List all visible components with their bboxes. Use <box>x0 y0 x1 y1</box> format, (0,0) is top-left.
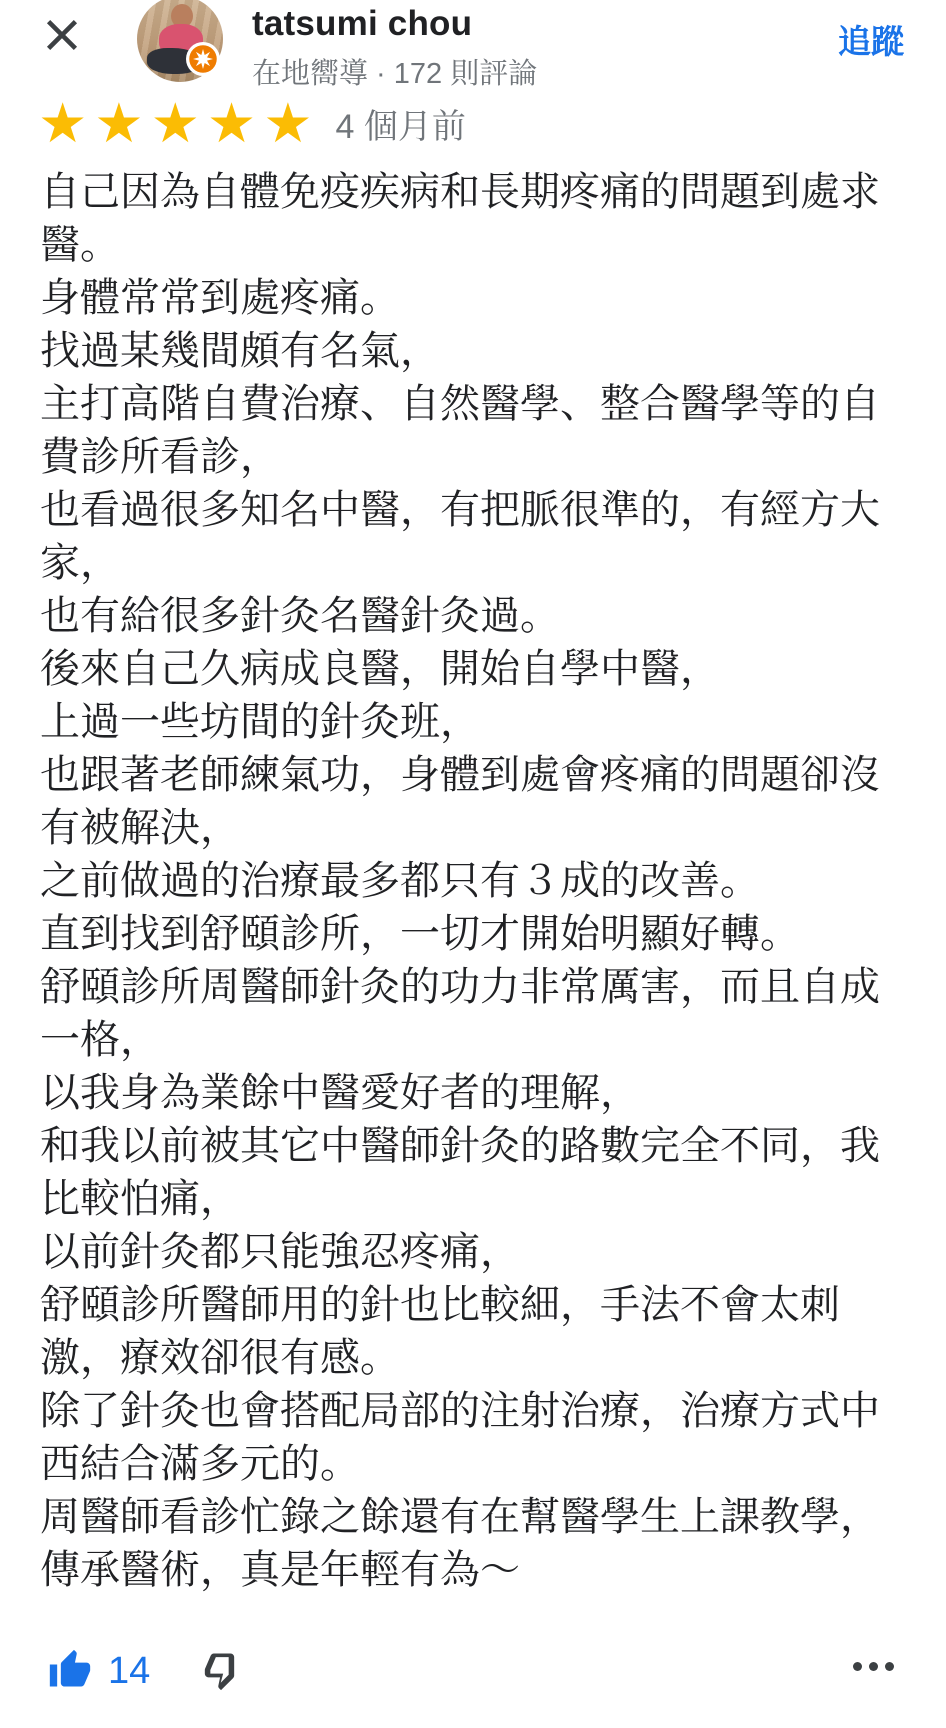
review-actions-bar: 14 <box>0 1640 946 1710</box>
like-button[interactable]: 14 <box>48 1648 150 1695</box>
star-rating-icons: ★★★★★ <box>38 96 320 151</box>
dislike-button[interactable] <box>203 1648 247 1695</box>
rating-row: ★★★★★ 4 個月前 <box>38 96 466 151</box>
follow-button[interactable]: 追蹤 <box>838 16 904 63</box>
more-options-icon <box>853 1662 862 1671</box>
more-options-button[interactable] <box>853 1662 894 1671</box>
close-button[interactable] <box>34 8 90 64</box>
review-text: 自己因為自體免疫疾病和長期疼痛的問題到處求醫。 身體常常到處疼痛。 找過某幾間頗… <box>40 166 900 1597</box>
thumbs-up-icon <box>48 1648 92 1695</box>
review-header: tatsumi chou 在地嚮導 · 172 則評論 追蹤 <box>0 0 946 90</box>
reviewer-subtitle: 在地嚮導 · 172 則評論 <box>252 51 537 92</box>
review-date: 4 個月前 <box>336 99 466 148</box>
like-count: 14 <box>108 1650 150 1693</box>
review-detail-screen: tatsumi chou 在地嚮導 · 172 則評論 追蹤 ★★★★★ 4 個… <box>0 0 946 1728</box>
reviewer-name: tatsumi chou <box>252 4 537 44</box>
close-icon <box>39 12 85 61</box>
local-guide-badge-icon <box>186 42 220 76</box>
reviewer-info[interactable]: tatsumi chou 在地嚮導 · 172 則評論 <box>252 4 537 92</box>
thumbs-down-icon <box>203 1680 247 1695</box>
